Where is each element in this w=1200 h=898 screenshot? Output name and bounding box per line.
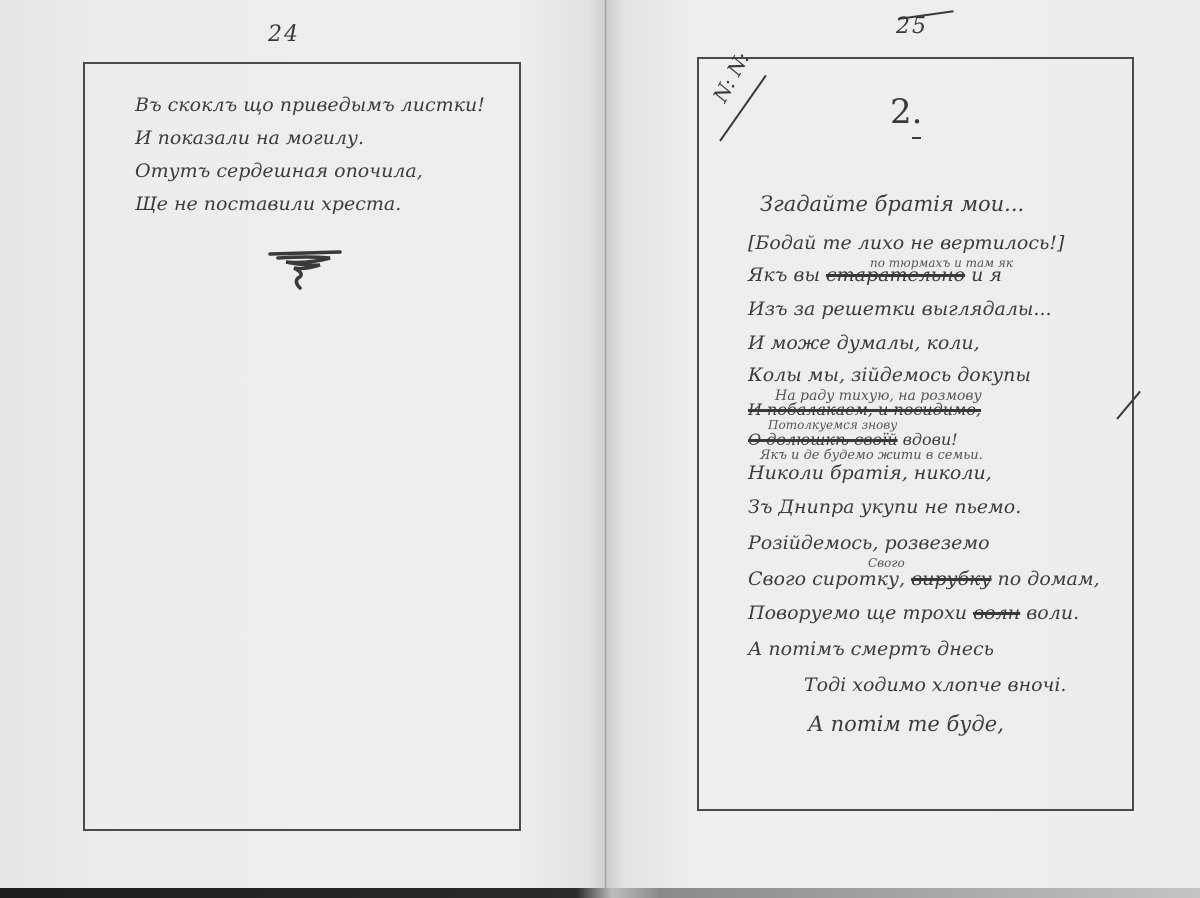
verse-line: А потімъ смертъ днесь [748, 638, 994, 660]
verse-line: Зъ Днипра укупи не пьемо. [748, 496, 1021, 518]
poem-title: Згадайте братія мои... [760, 192, 1024, 216]
poem-number-dash [912, 137, 921, 139]
book-binding-edge [0, 888, 1200, 898]
verse-line: Поворуемо ще трохи волн воли. [748, 602, 1079, 624]
poem-number: 2. [890, 92, 922, 132]
verse-line: [Бодай те лихо не вертилось!] [748, 232, 1064, 254]
struck-text: волн [973, 602, 1020, 624]
verse-line: Изъ за решетки выглядалы... [748, 298, 1052, 320]
struck-text: старательно [826, 264, 965, 286]
verse-text: Поворуемо ще трохи [748, 602, 973, 624]
notebook-spread: 24 Въ скоклъ що приведымъ листки! И пока… [0, 0, 1200, 898]
verse-line: И побалакаем, и посидимо, [748, 400, 981, 419]
verse-text: Якъ вы [748, 264, 826, 286]
verse-line: И може думалы, коли, [748, 332, 980, 354]
verse-line: Отутъ сердешная опочила, [135, 160, 423, 182]
verse-text: по домам, [992, 568, 1100, 590]
struck-text: И побалакаем, и посидимо, [748, 400, 981, 419]
verse-text: вдови! [898, 430, 958, 449]
verse-text: воли. [1020, 602, 1079, 624]
verse-line: Розійдемось, розвеземо [748, 532, 990, 554]
book-gutter [604, 0, 607, 888]
struck-text: О долюшкѣ своїй [748, 430, 898, 449]
left-page-number: 24 [268, 22, 300, 47]
verse-line: И показали на могилу. [135, 127, 364, 149]
flourish-icon [268, 248, 348, 293]
verse-text: и я [965, 264, 1002, 286]
verse-text: Свого сиротку, [748, 568, 911, 590]
verse-line: Свого сиротку, вирубку по домам, [748, 568, 1100, 590]
verse-line: О долюшкѣ своїй вдови! [748, 430, 958, 449]
interlinear-correction: Якъ и де будемо жити в семьи. [760, 448, 983, 463]
verse-line: Ще не поставили хреста. [135, 193, 401, 215]
verse-line: Колы мы, зійдемось докупы [748, 364, 1031, 386]
verse-line: Тоді ходимо хлопче вночі. [804, 674, 1066, 696]
struck-text: вирубку [911, 568, 991, 590]
verse-line: Въ скоклъ що приведымъ листки! [135, 94, 485, 116]
verse-line: Николи братія, николи, [748, 462, 992, 484]
verse-line: А потім те буде, [808, 712, 1004, 736]
verse-line: Якъ вы старательно и я [748, 264, 1002, 286]
